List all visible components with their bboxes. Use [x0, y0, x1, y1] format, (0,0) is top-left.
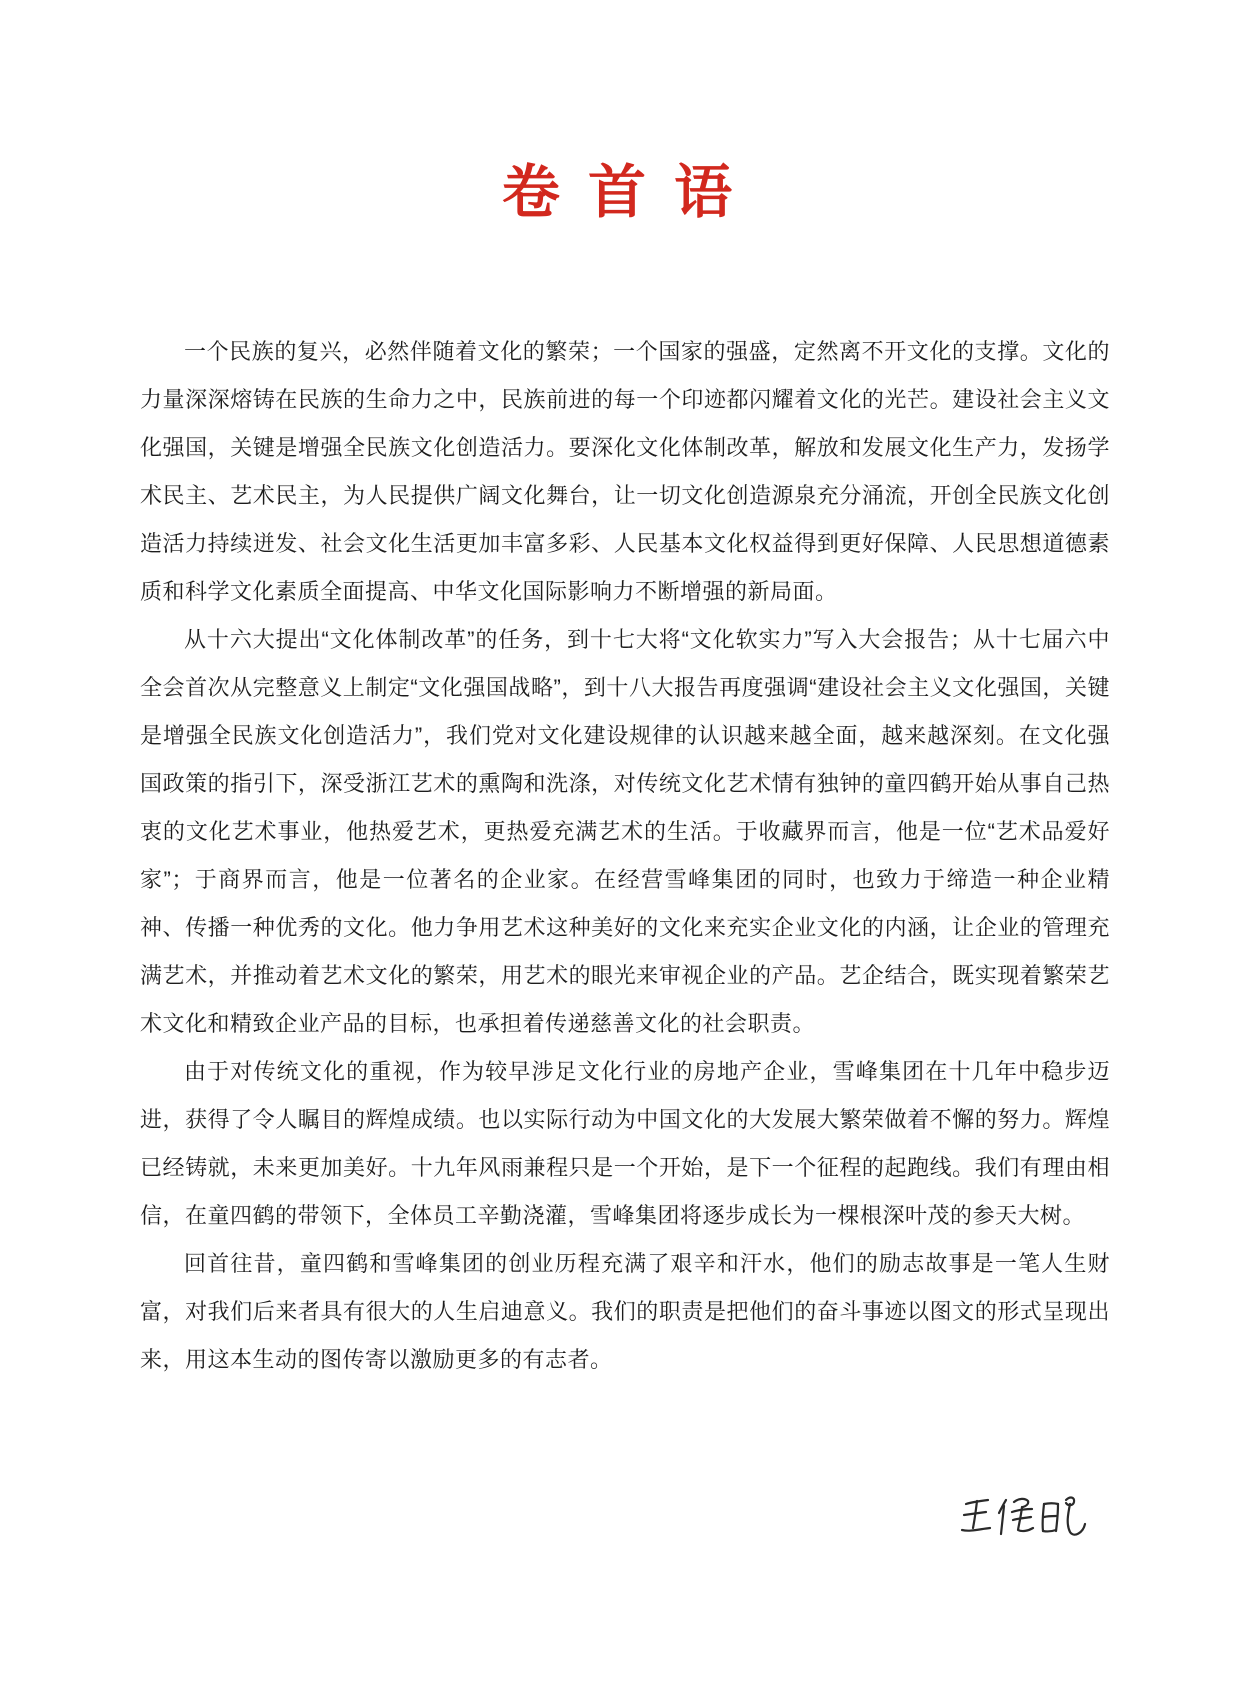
- paragraph-3: 由于对传统文化的重视，作为较早涉足文化行业的房地产企业，雪峰集团在十几年中稳步迈…: [140, 1048, 1110, 1240]
- handwritten-signature-icon: [958, 1486, 1090, 1552]
- paragraph-2: 从十六大提出“文化体制改革”的任务，到十七大将“文化软实力”写入大会报告；从十七…: [140, 616, 1110, 1048]
- paragraph-4: 回首往昔，童四鹤和雪峰集团的创业历程充满了艰辛和汗水，他们的励志故事是一笔人生财…: [140, 1240, 1110, 1384]
- page-title: 卷 首 语: [0, 158, 1240, 228]
- document-page: 卷 首 语 一个民族的复兴，必然伴随着文化的繁荣；一个国家的强盛，定然离不开文化…: [0, 0, 1240, 1683]
- paragraph-1: 一个民族的复兴，必然伴随着文化的繁荣；一个国家的强盛，定然离不开文化的支撑。文化…: [140, 328, 1110, 616]
- signature: [958, 1486, 1090, 1552]
- preface-body: 一个民族的复兴，必然伴随着文化的繁荣；一个国家的强盛，定然离不开文化的支撑。文化…: [140, 328, 1110, 1384]
